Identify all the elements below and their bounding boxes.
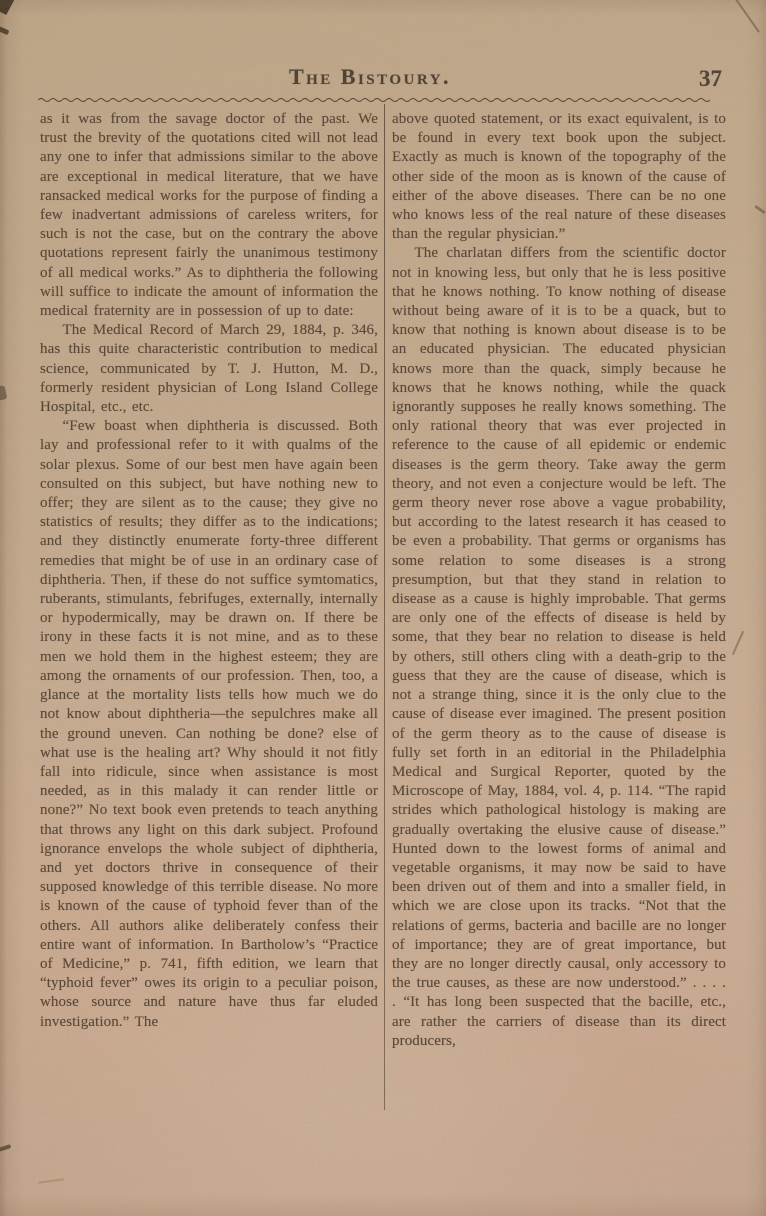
- scanned-journal-page: The Bistoury. 37 as it was from the sava…: [0, 0, 766, 1216]
- wavy-rule: [38, 95, 710, 105]
- scan-artifact-fiber-bottom-left: [38, 1178, 64, 1184]
- paragraph: above quoted statement, or its exact equ…: [392, 110, 726, 244]
- scan-artifact-left-edge-mark: [0, 385, 7, 401]
- column-divider: [384, 104, 385, 1110]
- paragraph: as it was from the savage doctor of the …: [40, 110, 378, 321]
- paragraph: The Medical Record of March 29, 1884, p.…: [40, 321, 378, 417]
- scan-artifact-top-left-corner: [0, 0, 16, 15]
- scan-artifact-crease-top-right: [734, 0, 760, 33]
- scan-artifact-left-edge-dash: [0, 26, 9, 35]
- scan-artifact-left-bottom-dash: [0, 1144, 11, 1152]
- scan-artifact-right-edge-tick: [754, 205, 766, 214]
- left-column: as it was from the savage doctor of the …: [40, 110, 378, 1032]
- journal-title: The Bistoury.: [40, 64, 700, 90]
- scan-artifact-fiber-right: [732, 631, 744, 656]
- right-column: above quoted statement, or its exact equ…: [392, 110, 726, 1051]
- paragraph: “Few boast when diphtheria is discussed.…: [40, 417, 378, 1032]
- page-number: 37: [699, 66, 722, 92]
- paragraph: The charlatan differs from the scientifi…: [392, 244, 726, 1051]
